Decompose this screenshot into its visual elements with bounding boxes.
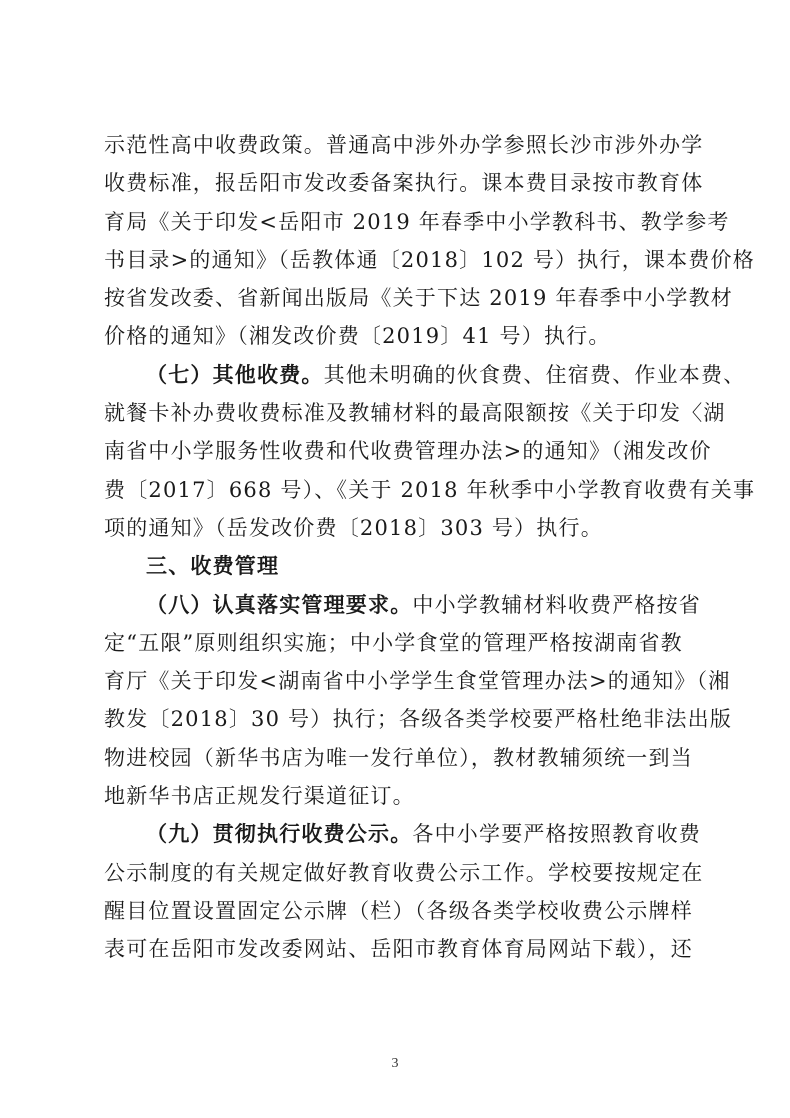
page-number: 3 bbox=[0, 1056, 790, 1072]
text-line: 公示制度的有关规定做好教育收费公示工作。学校要按规定在 bbox=[104, 854, 694, 892]
paragraph-title: （九）贯彻执行收费公示。 bbox=[146, 822, 412, 846]
text-line: 项的通知》（岳发改价费〔2018〕303 号）执行。 bbox=[104, 509, 694, 547]
document-body: 示范性高中收费政策。普通高中涉外办学参照长沙市涉外办学 收费标准，报岳阳市发改委… bbox=[104, 126, 694, 969]
paragraph-fee-disclosure: （九）贯彻执行收费公示。各中小学要严格按照教育收费 bbox=[104, 815, 694, 853]
text-line: 各中小学要严格按照教育收费 bbox=[412, 822, 701, 846]
section-heading: 三、收费管理 bbox=[104, 547, 694, 585]
text-line: 育局《关于印发<岳阳市 2019 年春季中小学教科书、教学参考 bbox=[104, 203, 694, 241]
text-line: 书目录>的通知》（岳教体通〔2018〕102 号）执行，课本费价格 bbox=[104, 241, 694, 279]
text-line: 中小学教辅材料收费严格按省 bbox=[412, 593, 701, 617]
paragraph-management-requirements: （八）认真落实管理要求。中小学教辅材料收费严格按省 bbox=[104, 586, 694, 624]
text-line: 表可在岳阳市发改委网站、岳阳市教育体育局网站下载），还 bbox=[104, 930, 694, 968]
text-line: 南省中小学服务性收费和代收费管理办法>的通知》（湘发改价 bbox=[104, 432, 694, 470]
text-line: 其他未明确的伙食费、住宿费、作业本费、 bbox=[324, 363, 746, 387]
text-line: 定“五限”原则组织实施；中小学食堂的管理严格按湖南省教 bbox=[104, 624, 694, 662]
text-line: 育厅《关于印发<湖南省中小学学生食堂管理办法>的通知》（湘 bbox=[104, 662, 694, 700]
paragraph-title: （八）认真落实管理要求。 bbox=[146, 593, 412, 617]
text-line: 示范性高中收费政策。普通高中涉外办学参照长沙市涉外办学 bbox=[104, 126, 694, 164]
text-line: 醒目位置设置固定公示牌（栏）（各级各类学校收费公示牌样 bbox=[104, 892, 694, 930]
text-line: 教发〔2018〕30 号）执行；各级各类学校要严格杜绝非法出版 bbox=[104, 700, 694, 738]
paragraph-title: （七）其他收费。 bbox=[146, 363, 324, 387]
text-line: 地新华书店正规发行渠道征订。 bbox=[104, 777, 694, 815]
paragraph-other-fees: （七）其他收费。其他未明确的伙食费、住宿费、作业本费、 bbox=[104, 356, 694, 394]
text-line: 就餐卡补办费收费标准及教辅材料的最高限额按《关于印发〈湖 bbox=[104, 394, 694, 432]
text-line: 收费标准，报岳阳市发改委备案执行。课本费目录按市教育体 bbox=[104, 164, 694, 202]
document-page: 示范性高中收费政策。普通高中涉外办学参照长沙市涉外办学 收费标准，报岳阳市发改委… bbox=[0, 0, 790, 1118]
text-line: 按省发改委、省新闻出版局《关于下达 2019 年春季中小学教材 bbox=[104, 279, 694, 317]
text-line: 物进校园（新华书店为唯一发行单位），教材教辅须统一到当 bbox=[104, 739, 694, 777]
text-line: 价格的通知》（湘发改价费〔2019〕41 号）执行。 bbox=[104, 317, 694, 355]
text-line: 费〔2017〕668 号）、《关于 2018 年秋季中小学教育收费有关事 bbox=[104, 471, 694, 509]
